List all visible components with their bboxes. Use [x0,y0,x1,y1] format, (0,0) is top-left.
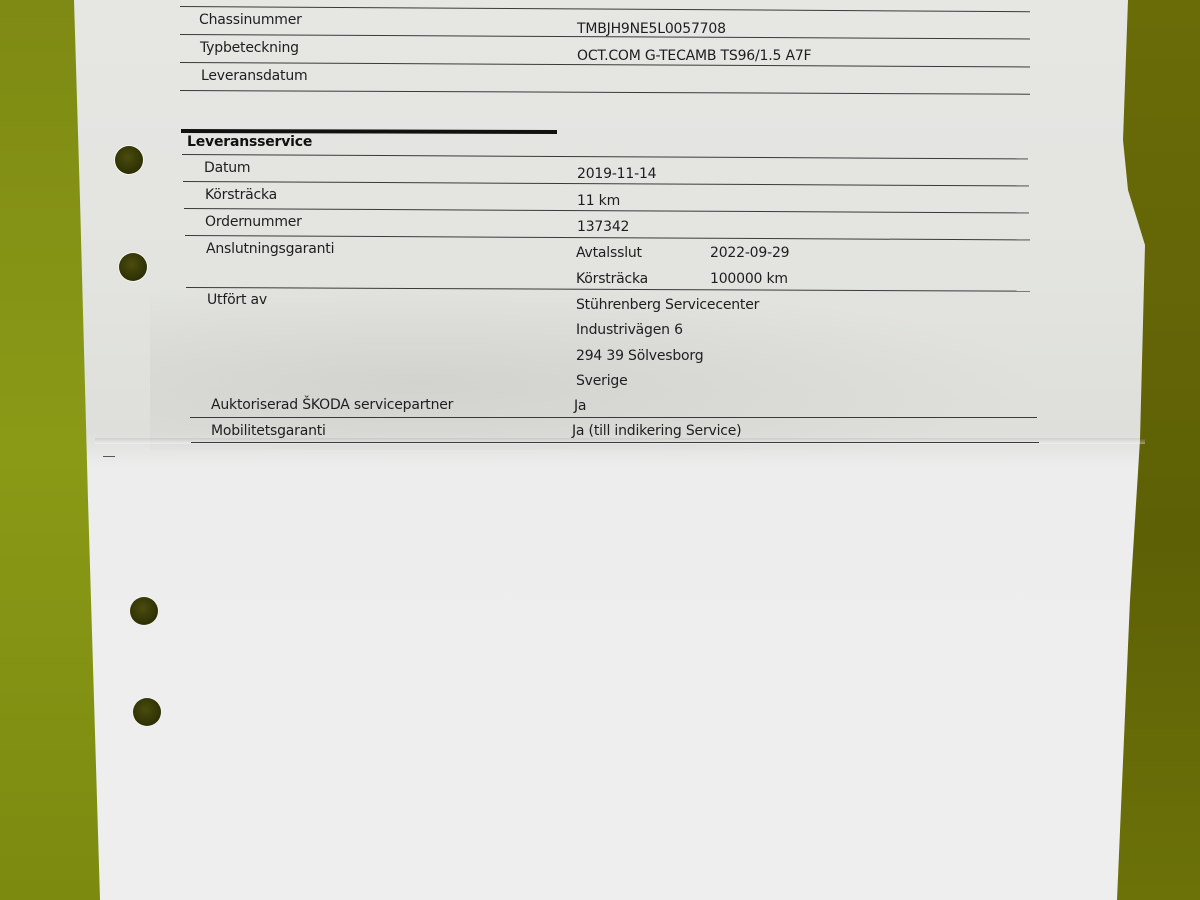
service-center-name: Stührenberg Servicecenter [576,297,759,313]
performed-by-label: Utfört av [207,292,267,308]
section-heading: Leveransservice [187,134,312,150]
connection-warranty-label: Anslutningsgaranti [206,241,334,257]
mobility-warranty-label: Mobilitetsgaranti [211,423,326,439]
type-designation-value: OCT.COM G-TECAMB TS96/1.5 A7F [577,48,811,64]
table-rule [190,417,1037,418]
mileage-value: 11 km [577,193,620,209]
contract-end-value: 2022-09-29 [710,245,789,261]
punch-hole [119,253,147,281]
warranty-mileage-value: 100000 km [710,271,788,287]
order-number-label: Ordernummer [205,214,302,230]
mobility-warranty-value: Ja (till indikering Service) [572,423,741,439]
service-center-street: Industrivägen 6 [576,322,683,338]
chassis-number-value: TMBJH9NE5L0057708 [577,21,726,37]
authorized-partner-label: Auktoriserad ŠKODA servicepartner [211,397,453,413]
type-designation-label: Typbeteckning [200,40,299,56]
contract-end-label: Avtalsslut [576,245,642,261]
service-center-city: 294 39 Sölvesborg [576,348,703,364]
delivery-date-label: Leveransdatum [201,68,307,84]
punch-hole [115,146,143,174]
date-value: 2019-11-14 [577,166,656,182]
mileage-label: Körsträcka [205,187,277,203]
date-label: Datum [204,160,250,176]
warranty-mileage-label: Körsträcka [576,271,648,287]
fold-mark [103,456,115,457]
document-sheet [0,0,1200,900]
authorized-partner-value: Ja [574,398,586,414]
order-number-value: 137342 [577,219,629,235]
table-rule [191,442,1039,443]
chassis-number-label: Chassinummer [199,12,302,28]
service-center-country: Sverige [576,373,628,389]
punch-hole [133,698,161,726]
punch-hole [130,597,158,625]
